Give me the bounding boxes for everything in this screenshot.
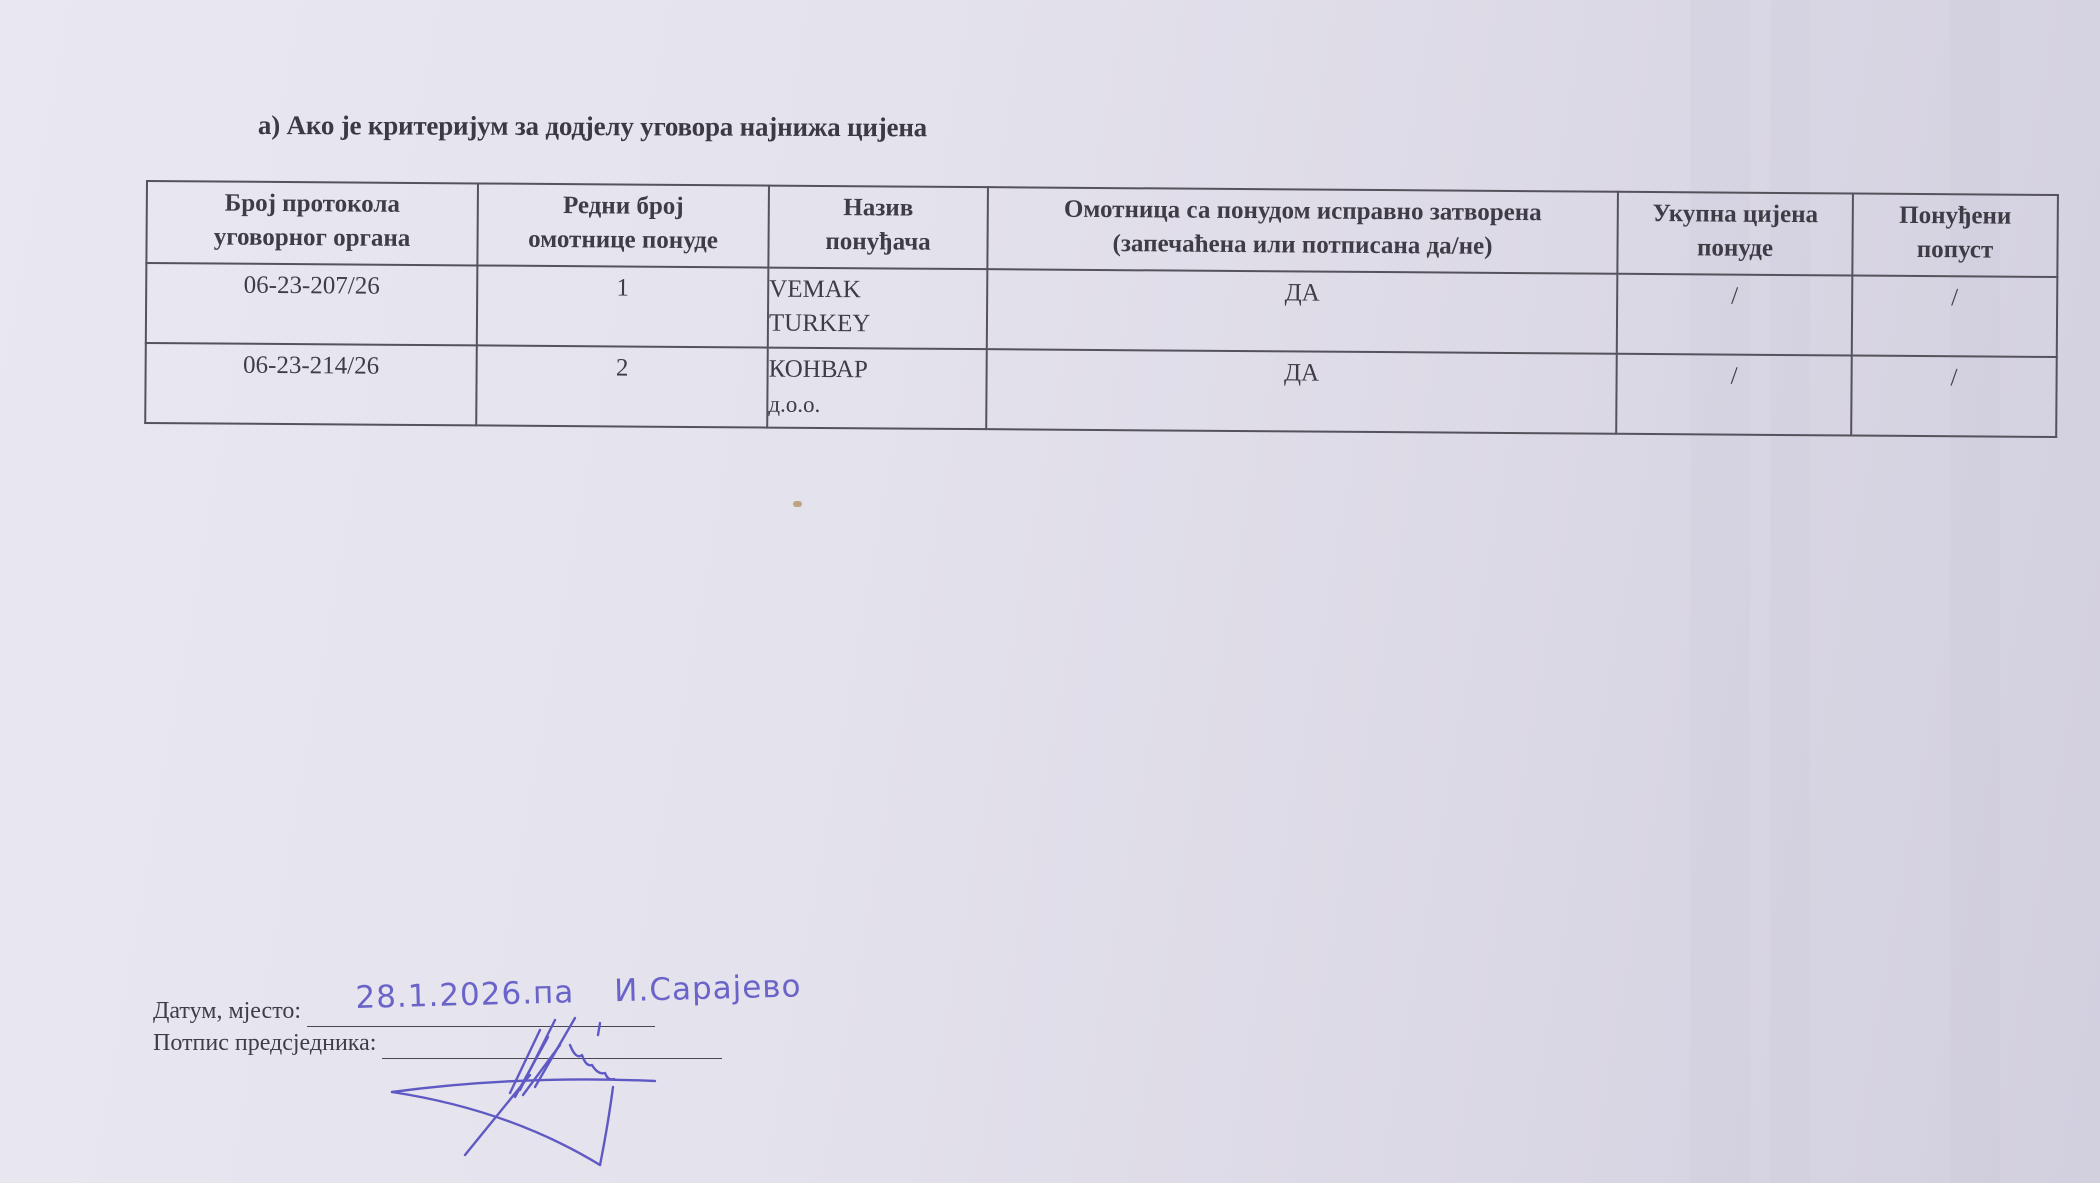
paper-shadow-band xyxy=(1690,0,1750,1183)
handwritten-date: 28.1.2026.па xyxy=(355,974,575,1016)
section-heading: а) Ако је критеријум за додјелу уговора … xyxy=(258,110,927,143)
cell-bidder-name: VEMAK TURKEY xyxy=(768,268,988,350)
column-header-envelope-number: Редни број омотнице понуде xyxy=(477,183,769,267)
table-row: 06-23-214/26 2 КОНВАР д.о.о. ДА / / xyxy=(145,343,2057,437)
cell-envelope-number: 1 xyxy=(477,265,769,347)
handwritten-signature-icon xyxy=(370,1015,670,1183)
handwritten-place: И.Сарајево xyxy=(614,968,802,1009)
paper-shadow-band xyxy=(1950,0,2000,1183)
cell-total-price: / xyxy=(1617,274,1853,356)
cell-protocol-number: 06-23-214/26 xyxy=(145,343,477,425)
column-header-protocol-number: Број протокола уговорног органа xyxy=(146,181,478,265)
table-header-row: Број протокола уговорног органа Редни бр… xyxy=(146,181,2058,277)
cell-offered-discount: / xyxy=(1851,356,2057,438)
cell-offered-discount: / xyxy=(1852,276,2058,358)
cell-bidder-name: КОНВАР д.о.о. xyxy=(767,348,987,430)
scanned-document-page: а) Ако је критеријум за додјелу уговора … xyxy=(0,0,2100,1183)
date-place-label: Датум, мјесто: xyxy=(153,995,301,1027)
column-header-envelope-sealed: Омотница са понудом исправно затворена (… xyxy=(987,187,1618,274)
cell-protocol-number: 06-23-207/26 xyxy=(146,263,478,345)
paper-shadow-band xyxy=(1770,0,1810,1183)
cell-envelope-number: 2 xyxy=(476,345,768,427)
bids-table: Број протокола уговорног органа Редни бр… xyxy=(144,180,2059,438)
cell-total-price: / xyxy=(1616,354,1852,436)
paper-speck xyxy=(793,501,802,507)
column-header-total-price: Укупна цијена понуде xyxy=(1617,192,1853,276)
bids-table-container: Број протокола уговорног органа Редни бр… xyxy=(144,180,2059,438)
column-header-bidder-name: Назив понуђача xyxy=(768,186,988,270)
handwritten-date-place: 28.1.2026.паИ.Сарајево xyxy=(355,968,802,1016)
column-header-offered-discount: Понуђени попуст xyxy=(1852,194,2058,278)
signature-label: Потпис предсједника: xyxy=(153,1027,376,1059)
cell-envelope-sealed: ДА xyxy=(986,349,1617,434)
table-row: 06-23-207/26 1 VEMAK TURKEY ДА / / xyxy=(146,263,2058,357)
cell-envelope-sealed: ДА xyxy=(987,269,1618,354)
